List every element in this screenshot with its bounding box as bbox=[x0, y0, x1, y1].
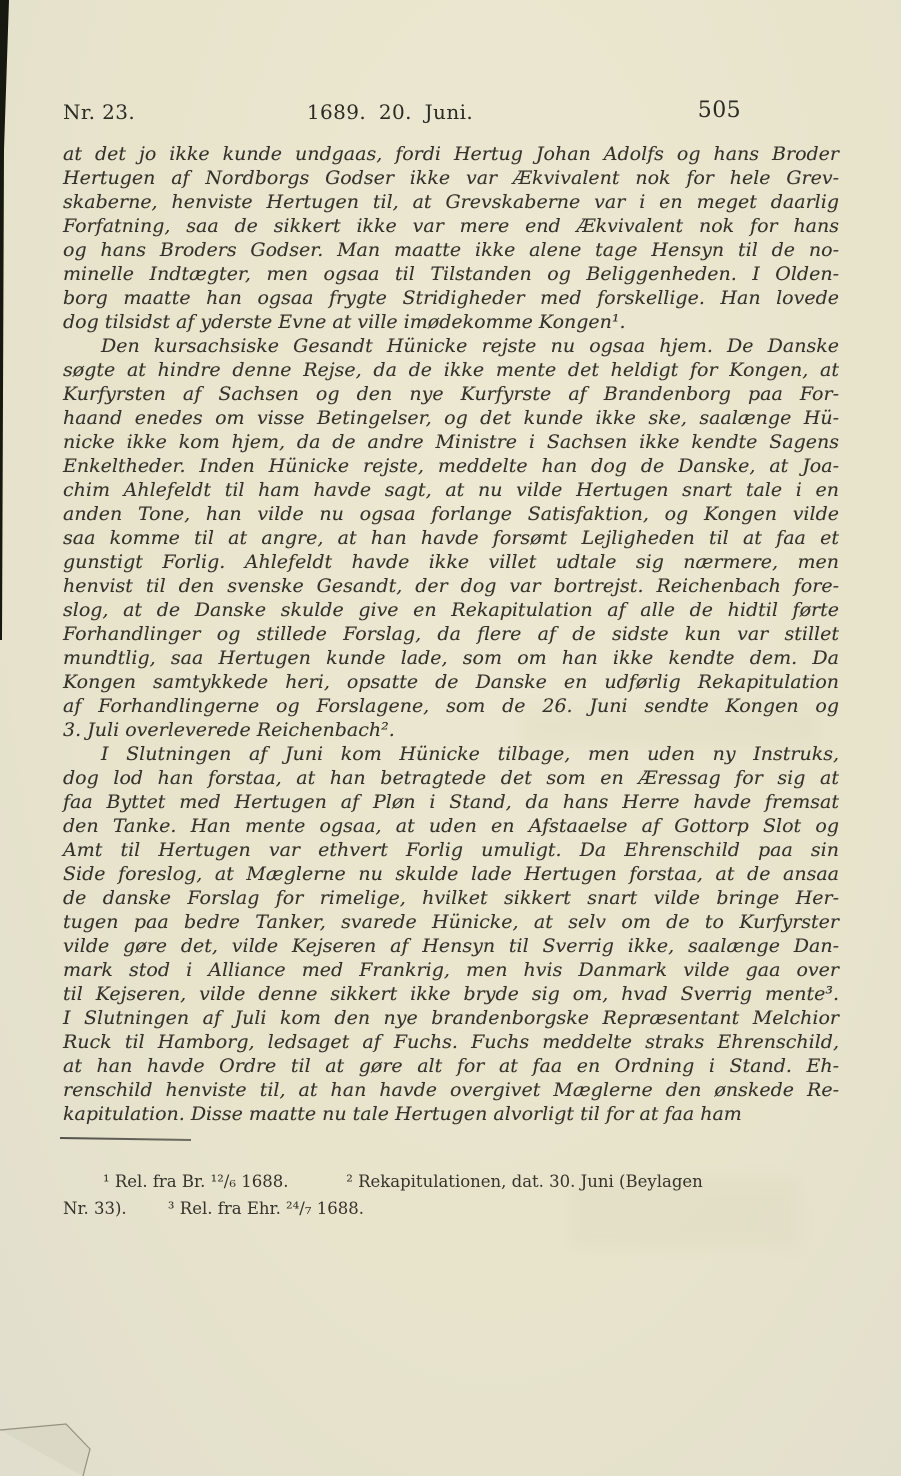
body-text: at det jo ikke kunde undgaas, fordi Hert… bbox=[63, 142, 839, 1126]
text-line: 3. Juli overleverede Reichenbach². bbox=[63, 718, 839, 742]
footnote-line: Nr. 33). ³ Rel. fra Ehr. ²⁴/₇ 1688. bbox=[63, 1195, 839, 1222]
text-line: Kurfyrsten af Sachsen og den nye Kurfyrs… bbox=[63, 382, 839, 406]
text-line: at han havde Ordre til at gøre alt for a… bbox=[63, 1054, 839, 1078]
text-line: henvist til den svenske Gesandt, der dog… bbox=[63, 574, 839, 598]
header-entry-number: Nr. 23. bbox=[63, 100, 135, 124]
text-line: slog, at de Danske skulde give en Rekapi… bbox=[63, 598, 839, 622]
text-line: kapitulation. Disse maatte nu tale Hertu… bbox=[63, 1102, 839, 1126]
paragraph: at det jo ikke kunde undgaas, fordi Hert… bbox=[63, 142, 839, 334]
text-line: skaberne, henviste Hertugen til, at Grev… bbox=[63, 190, 839, 214]
text-line: dog tilsidst af yderste Evne at ville im… bbox=[63, 310, 839, 334]
text-line: renschild henviste til, at han havde ove… bbox=[63, 1078, 839, 1102]
text-line: chim Ahlefeldt til ham havde sagt, at nu… bbox=[63, 478, 839, 502]
page-number: 505 bbox=[698, 98, 741, 123]
text-line: anden Tone, han vilde nu ogsaa forlange … bbox=[63, 502, 839, 526]
footnote-separator bbox=[60, 1137, 191, 1141]
text-line: gunstigt Forlig. Ahlefeldt havde ikke vi… bbox=[63, 550, 839, 574]
paragraph: I Slutningen af Juni kom Hünicke tilbage… bbox=[63, 742, 839, 1126]
text-line: de danske Forslag for rimelige, hvilket … bbox=[63, 886, 839, 910]
page-header: Nr. 23. 1689. 20. Juni. 505 bbox=[63, 98, 839, 124]
text-line: til Kejseren, vilde denne sikkert ikke b… bbox=[63, 982, 839, 1006]
text-line: at det jo ikke kunde undgaas, fordi Hert… bbox=[63, 142, 839, 166]
text-line: Kongen samtykkede heri, opsatte de Dansk… bbox=[63, 670, 839, 694]
text-line: tugen paa bedre Tanker, svarede Hünicke,… bbox=[63, 910, 839, 934]
text-line: nicke ikke kom hjem, da de andre Ministr… bbox=[63, 430, 839, 454]
text-line: borg maatte han ogsaa frygte Stridighede… bbox=[63, 286, 839, 310]
paragraph: Den kursachsiske Gesandt Hünicke rejste … bbox=[63, 334, 839, 742]
footnotes: ¹ Rel. fra Br. ¹²/₆ 1688. ² Rekapitulati… bbox=[63, 1168, 839, 1222]
book-gutter-edge bbox=[0, 0, 9, 640]
text-line: mark stod i Alliance med Frankrig, men h… bbox=[63, 958, 839, 982]
text-line: af Forhandlingerne og Forslagene, som de… bbox=[63, 694, 839, 718]
text-line: Amt til Hertugen var ethvert Forlig umul… bbox=[63, 838, 839, 862]
text-line: minelle Indtægter, men ogsaa til Tilstan… bbox=[63, 262, 839, 286]
text-line: Forfatning, saa de sikkert ikke var mere… bbox=[63, 214, 839, 238]
text-line: Forhandlinger og stillede Forslag, da fl… bbox=[63, 622, 839, 646]
text-line: Enkeltheder. Inden Hünicke rejste, medde… bbox=[63, 454, 839, 478]
header-date: 1689. 20. Juni. bbox=[307, 100, 473, 124]
text-line: søgte at hindre denne Rejse, da de ikke … bbox=[63, 358, 839, 382]
book-page: Nr. 23. 1689. 20. Juni. 505 at det jo ik… bbox=[63, 98, 839, 1458]
footnote-line: ¹ Rel. fra Br. ¹²/₆ 1688. ² Rekapitulati… bbox=[63, 1168, 839, 1195]
text-line: Den kursachsiske Gesandt Hünicke rejste … bbox=[63, 334, 839, 358]
text-line: I Slutningen af Juli kom den nye branden… bbox=[63, 1006, 839, 1030]
text-line: og hans Broders Godser. Man maatte ikke … bbox=[63, 238, 839, 262]
text-line: faa Byttet med Hertugen af Pløn i Stand,… bbox=[63, 790, 839, 814]
text-line: Hertugen af Nordborgs Godser ikke var Æk… bbox=[63, 166, 839, 190]
text-line: den Tanke. Han mente ogsaa, at uden en A… bbox=[63, 814, 839, 838]
text-line: Ruck til Hamborg, ledsaget af Fuchs. Fuc… bbox=[63, 1030, 839, 1054]
text-line: vilde gøre det, vilde Kejseren af Hensyn… bbox=[63, 934, 839, 958]
text-line: haand enedes om visse Betingelser, og de… bbox=[63, 406, 839, 430]
text-line: mundtlig, saa Hertugen kunde lade, som o… bbox=[63, 646, 839, 670]
text-line: Side foreslog, at Mæglerne nu skulde lad… bbox=[63, 862, 839, 886]
text-line: saa komme til at angre, at han havde for… bbox=[63, 526, 839, 550]
text-line: dog lod han forstaa, at han betragtede d… bbox=[63, 766, 839, 790]
text-line: I Slutningen af Juni kom Hünicke tilbage… bbox=[63, 742, 839, 766]
